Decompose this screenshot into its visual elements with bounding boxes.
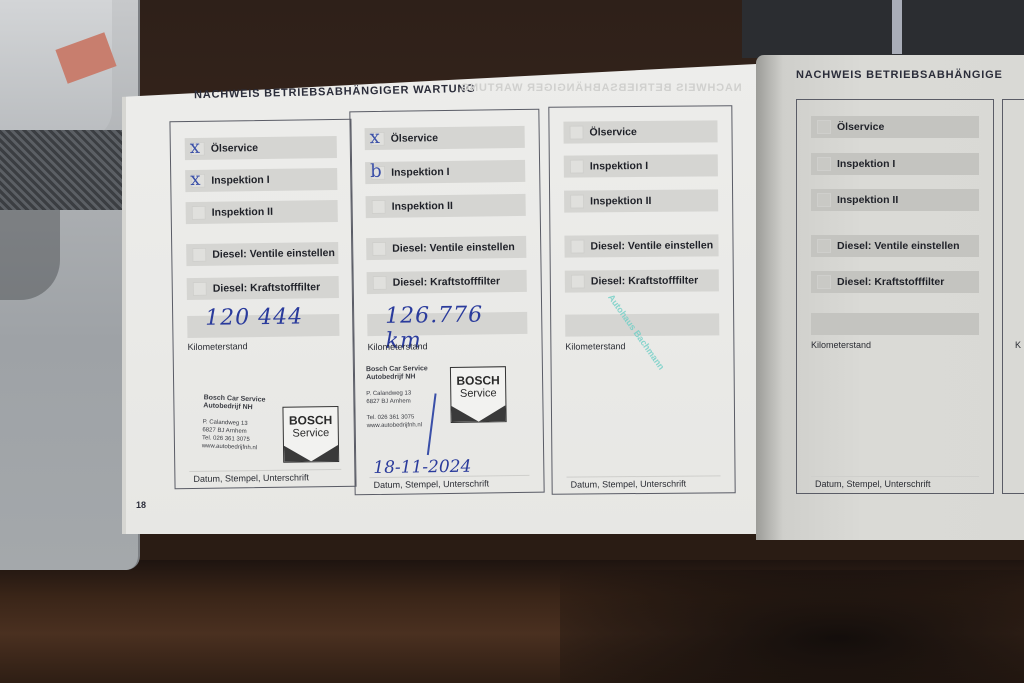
dealer-stamp: Bosch Car Service Autobedrijf NH P. Cala…	[202, 394, 266, 452]
stamp-phone: Tel. 026 361 3075	[367, 414, 415, 421]
handwritten-check-mark: x	[370, 127, 380, 148]
bosch-emblem-icon	[451, 405, 505, 422]
checkbox[interactable]	[373, 276, 387, 290]
row-inspektion-1: x Inspektion I	[185, 168, 337, 192]
stamp-name: Bosch Car Service	[366, 365, 428, 373]
row-label: Inspektion I	[837, 158, 895, 170]
km-field[interactable]: 120 444	[187, 314, 339, 338]
checkbox[interactable]	[570, 160, 584, 174]
row-inspektion-2: Inspektion II	[186, 200, 338, 224]
checkbox[interactable]	[193, 282, 207, 296]
row-diesel-kraftstofffilter: Diesel: Kraftstofffilter	[187, 276, 339, 300]
checkbox[interactable]	[570, 239, 584, 253]
km-label: Kilometerstand	[368, 341, 428, 352]
row-label: Diesel: Kraftstofffilter	[837, 276, 944, 288]
row-label: Diesel: Kraftstofffilter	[591, 275, 698, 288]
checkbox[interactable]	[817, 239, 831, 253]
stamp-city: 6827 BJ Arnhem	[366, 399, 410, 406]
page-number: 18	[136, 500, 146, 510]
row-diesel-ventile: Diesel: Ventile einstellen	[811, 235, 979, 257]
footer-label: Datum, Stempel, Unterschrift	[373, 478, 489, 490]
row-label: Ölservice	[211, 142, 258, 155]
km-label-fragment: K	[1015, 340, 1021, 350]
folder-shadow	[0, 210, 60, 300]
row-inspektion-2: Inspektion II	[811, 189, 979, 211]
row-oelservice: Ölservice	[811, 116, 979, 138]
handwritten-check-mark: x	[190, 137, 200, 158]
logo-line-1: BOSCH	[284, 413, 338, 428]
km-field[interactable]	[811, 313, 979, 335]
km-label: Kilometerstand	[811, 340, 871, 350]
checkbox[interactable]	[817, 275, 831, 289]
checkbox[interactable]: b	[371, 166, 385, 180]
checkbox[interactable]: x	[371, 132, 385, 146]
row-diesel-kraftstofffilter: Diesel: Kraftstofffilter	[367, 270, 527, 294]
row-label: Inspektion II	[590, 195, 651, 208]
logo-line-2: Service	[451, 387, 505, 400]
checkbox[interactable]	[817, 120, 831, 134]
footer-label: Datum, Stempel, Unterschrift	[815, 479, 931, 489]
km-value-handwritten: 120 444	[205, 304, 303, 330]
row-label: Ölservice	[391, 132, 438, 145]
row-label: Inspektion II	[837, 194, 898, 206]
row-label: Ölservice	[589, 126, 636, 138]
row-diesel-ventile: Diesel: Ventile einstellen	[564, 234, 718, 257]
stamp-company: Autobedrijf NH	[203, 402, 253, 411]
checkbox[interactable]	[372, 200, 386, 214]
divider	[189, 469, 341, 472]
row-label: Inspektion II	[212, 206, 273, 219]
km-label: Kilometerstand	[565, 341, 625, 352]
row-label: Diesel: Ventile einstellen	[212, 247, 335, 261]
left-page-heading-show-through: NACHWEIS BETRIEBSABHÄNGIGER WARTUNG	[460, 82, 742, 94]
service-card-2: x Ölservice b Inspektion I Inspektion II…	[349, 109, 544, 496]
row-label: Inspektion II	[392, 200, 453, 213]
row-diesel-ventile: Diesel: Ventile einstellen	[186, 242, 338, 266]
handwritten-check-mark: x	[190, 169, 200, 190]
checkbox[interactable]	[817, 157, 831, 171]
checkbox[interactable]	[372, 242, 386, 256]
stamp-web: www.autobedrijfnh.nl	[202, 443, 258, 451]
service-card-4: Ölservice Inspektion I Inspektion II Die…	[796, 99, 994, 494]
bookmark-stripe	[892, 0, 902, 54]
row-inspektion-2: Inspektion II	[366, 194, 526, 218]
service-card-1: x Ölservice x Inspektion I Inspektion II…	[169, 119, 356, 490]
km-label: Kilometerstand	[188, 341, 248, 352]
logo-line-1: BOSCH	[451, 373, 505, 388]
service-date-handwritten: 18-11-2024	[373, 457, 471, 478]
stamp-phone: Tel. 026 361 3075	[202, 435, 250, 443]
row-label: Inspektion I	[391, 166, 450, 179]
row-oelservice: x Ölservice	[185, 136, 337, 160]
row-label: Inspektion I	[590, 160, 648, 173]
logo-line-2: Service	[284, 427, 338, 440]
dark-book-background	[742, 0, 1024, 58]
checkbox[interactable]: x	[191, 174, 205, 188]
stamp-company: Autobedrijf NH	[366, 373, 415, 381]
row-oelservice: x Ölservice	[365, 126, 525, 150]
bosch-emblem-icon	[284, 445, 338, 462]
shadow	[560, 570, 1024, 683]
row-label: Diesel: Ventile einstellen	[590, 239, 713, 252]
right-page: NACHWEIS BETRIEBSABHÄNGIGE Ölservice Ins…	[756, 55, 1024, 540]
row-diesel-kraftstofffilter: Diesel: Kraftstofffilter	[565, 269, 719, 292]
row-label: Inspektion I	[211, 174, 270, 187]
grey-folder	[0, 0, 140, 570]
row-diesel-ventile: Diesel: Ventile einstellen	[366, 236, 526, 260]
row-label: Diesel: Kraftstofffilter	[213, 281, 321, 294]
checkbox[interactable]: x	[191, 142, 205, 156]
footer-label: Datum, Stempel, Unterschrift	[193, 472, 309, 484]
checkbox[interactable]	[570, 195, 584, 209]
row-inspektion-1: b Inspektion I	[365, 160, 525, 184]
row-label: Diesel: Kraftstofffilter	[393, 275, 501, 288]
checkbox[interactable]	[569, 126, 583, 140]
bosch-service-logo: BOSCH Service	[282, 406, 339, 463]
row-label: Ölservice	[837, 121, 884, 133]
stamp-web: www.autobedrijfnh.nl	[367, 422, 422, 429]
checkbox[interactable]	[192, 248, 206, 262]
row-diesel-kraftstofffilter: Diesel: Kraftstofffilter	[811, 271, 979, 293]
row-oelservice: Ölservice	[563, 120, 717, 143]
service-card-5-partial: K	[1002, 99, 1024, 494]
checkbox[interactable]	[817, 193, 831, 207]
checkbox[interactable]	[192, 206, 206, 220]
stamp-city: 6827 BJ Arnhem	[202, 427, 247, 435]
km-field[interactable]: 126.776 km	[367, 312, 527, 336]
divider	[567, 475, 721, 477]
dealer-stamp: Bosch Car Service Autobedrijf NH P. Cala…	[366, 365, 429, 430]
handwritten-check-mark: b	[370, 161, 382, 182]
row-label: Diesel: Ventile einstellen	[392, 241, 515, 255]
row-inspektion-1: Inspektion I	[564, 154, 718, 177]
row-inspektion-2: Inspektion II	[564, 189, 718, 212]
stamp-street: P. Calandweg 13	[203, 419, 248, 427]
footer-label: Datum, Stempel, Unterschrift	[571, 479, 687, 490]
checkbox[interactable]	[571, 274, 585, 288]
right-page-heading: NACHWEIS BETRIEBSABHÄNGIGE	[796, 69, 1003, 81]
divider	[811, 476, 979, 477]
bosch-service-logo: BOSCH Service	[450, 366, 507, 423]
service-card-3: Ölservice Inspektion I Inspektion II Die…	[548, 105, 735, 495]
stamp-street: P. Calandweg 13	[366, 391, 411, 398]
row-label: Diesel: Ventile einstellen	[837, 240, 960, 252]
row-inspektion-1: Inspektion I	[811, 153, 979, 175]
folder-mesh-pocket	[0, 130, 140, 210]
